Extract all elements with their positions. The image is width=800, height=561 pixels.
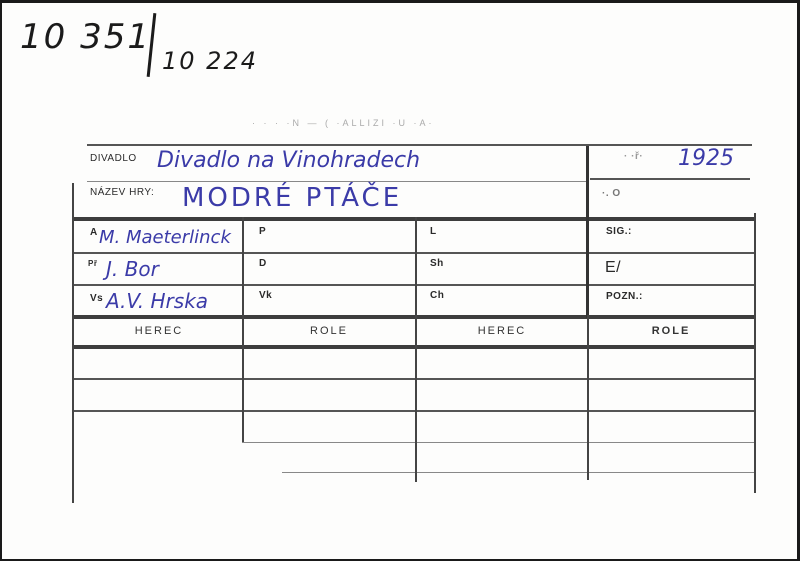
divider-row-a <box>74 252 754 254</box>
label-divadlo: DIVADLO <box>90 153 137 164</box>
label-nazev-hry: NÁZEV HRY: <box>90 187 154 198</box>
divider-cast-row-3 <box>242 442 754 443</box>
value-preklad: J. Bor <box>106 257 159 281</box>
label-pozn: POZN.: <box>606 291 643 302</box>
label-l: L <box>430 226 437 237</box>
catalog-card: 10 351 10 224 · · · ·N — ( ·ALLIZI ·U ·A… <box>2 3 797 559</box>
value-nazev-hry: MODRÉ PTÁČE <box>182 183 402 213</box>
divider-divadlo <box>87 181 587 182</box>
column-header-herec-1: HEREC <box>84 325 234 337</box>
card-number-primary: 10 351 <box>20 17 151 57</box>
label-sh: Sh <box>430 258 444 269</box>
divider-title <box>74 217 754 221</box>
right-column-divider <box>586 146 589 318</box>
divider-cast-row-4 <box>282 472 754 473</box>
label-year: · ·ř· <box>624 151 643 162</box>
column-header-role-2: ROLE <box>596 325 746 337</box>
label-sig: SIG.: <box>606 226 632 237</box>
label-preklad: Př <box>88 259 97 268</box>
column-header-herec-2: HEREC <box>427 325 577 337</box>
divider-cast-row-1 <box>74 378 754 380</box>
value-vs: A.V. Hrska <box>106 289 208 313</box>
col-divider-1 <box>242 217 244 442</box>
value-divadlo: Divadlo na Vinohradech <box>157 148 420 173</box>
card-number-secondary: 10 224 <box>162 47 258 75</box>
label-vs: Vs <box>90 293 103 304</box>
label-ch: Ch <box>430 290 444 301</box>
card-left-border <box>72 183 74 503</box>
value-year: 1925 <box>678 146 734 171</box>
column-header-role-1: ROLE <box>254 325 404 337</box>
divider-year <box>590 178 750 180</box>
label-e: E/ <box>605 259 621 277</box>
col-divider-2 <box>415 217 417 482</box>
faded-header-text: · · · ·N — ( ·ALLIZI ·U ·A· <box>252 118 435 128</box>
label-d: D <box>259 258 267 269</box>
label-vk: Vk <box>259 290 272 301</box>
col-divider-3 <box>587 315 589 480</box>
value-autor: M. Maeterlinck <box>99 227 231 248</box>
divider-cast-row-2 <box>74 410 754 412</box>
divider-row-pr <box>74 284 754 286</box>
label-autor: A <box>90 227 98 238</box>
card-right-border <box>754 213 756 493</box>
label-right-field-2: ·. O <box>602 188 621 199</box>
card-top-border <box>87 144 752 146</box>
label-p: P <box>259 226 266 237</box>
